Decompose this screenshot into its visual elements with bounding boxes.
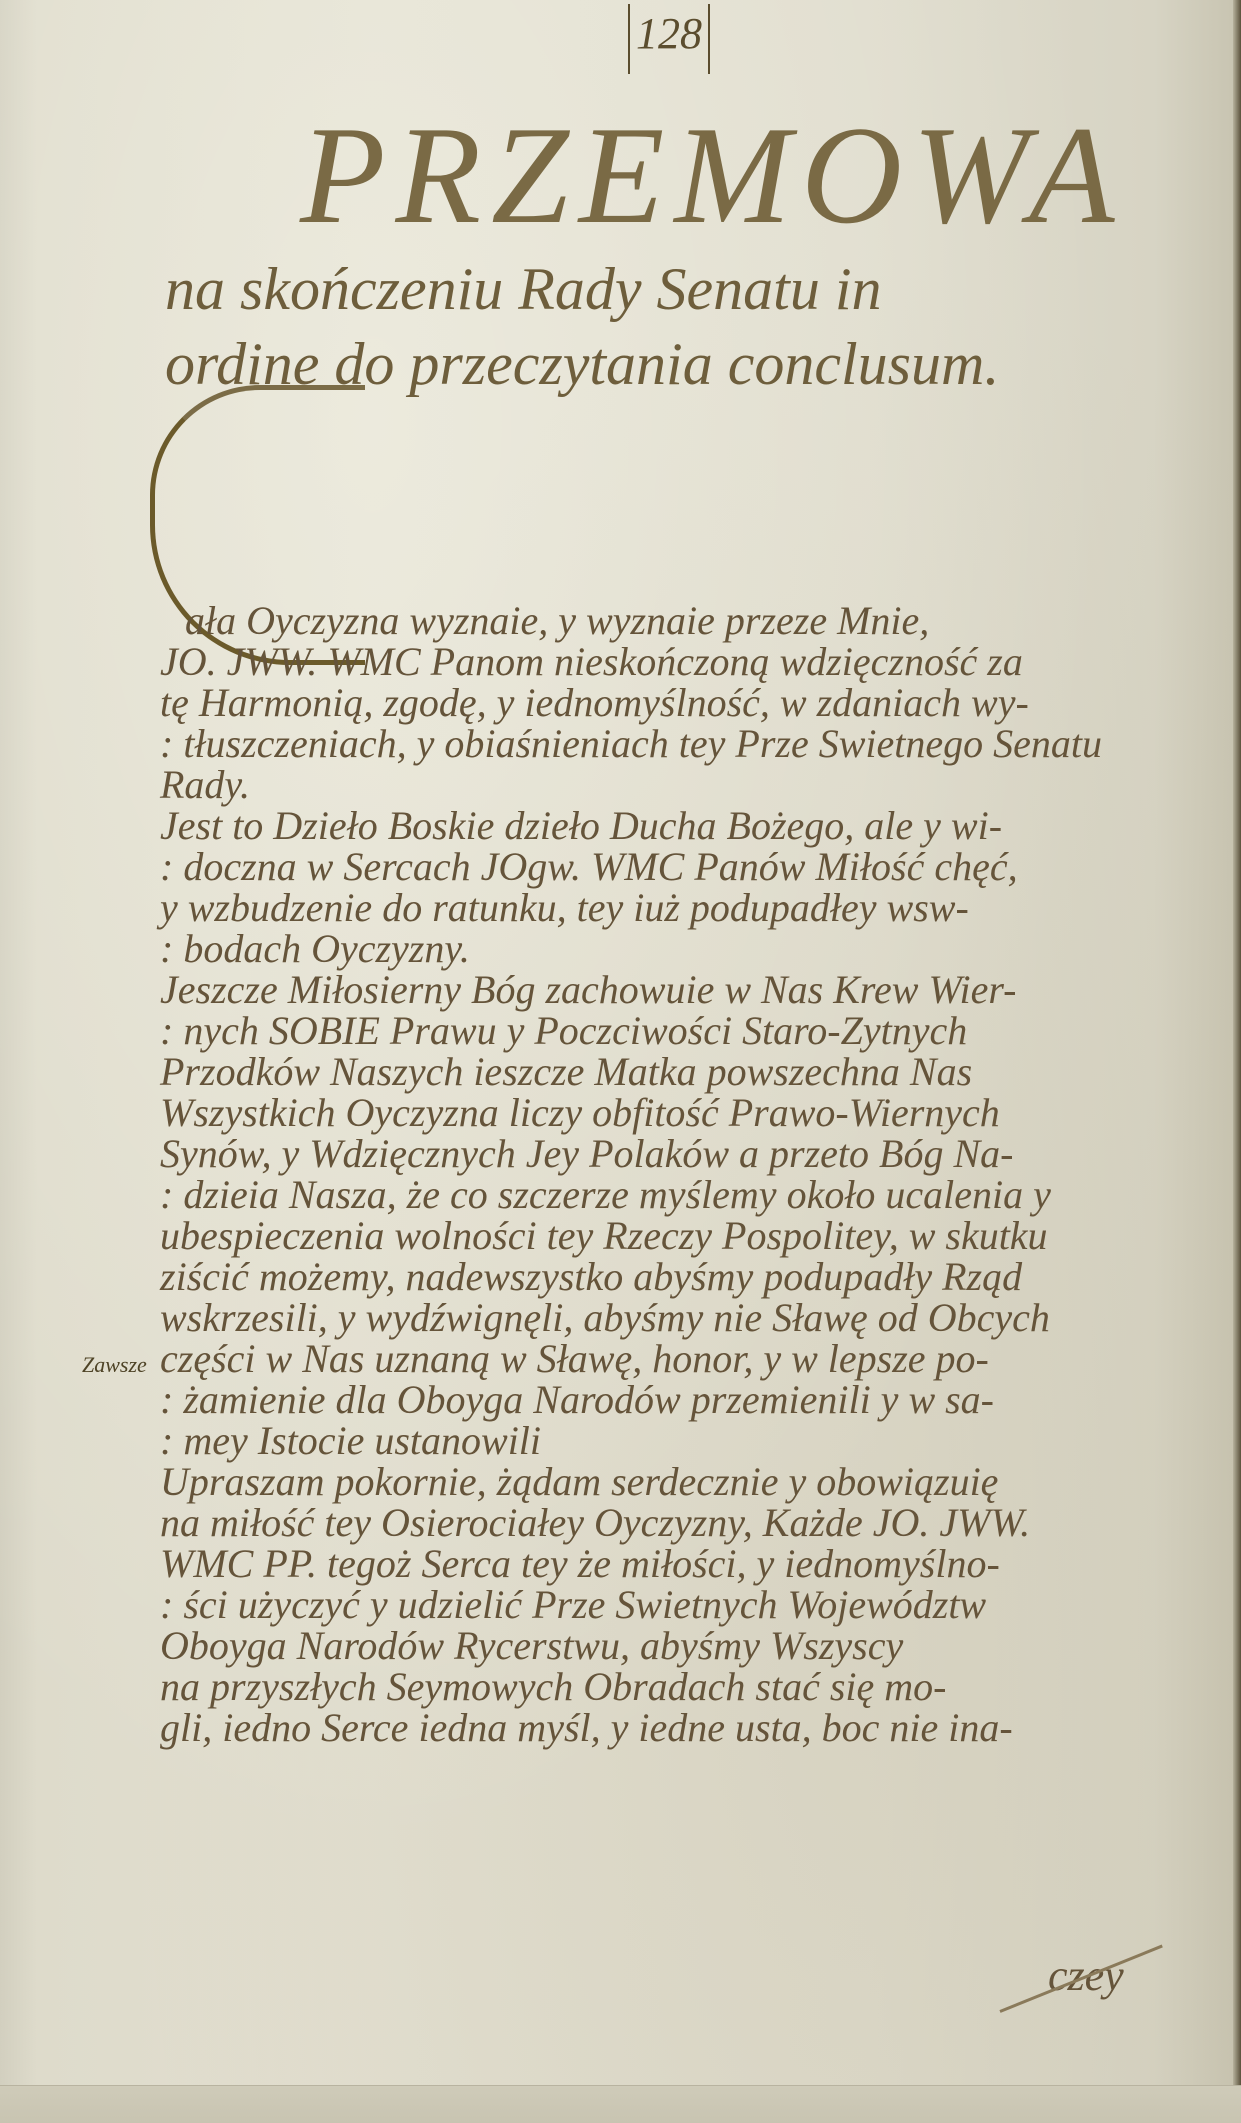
document-title: PRZEMOWA (300, 95, 1125, 256)
body-line: ziścić możemy, nadewszystko abyśmy podup… (160, 1256, 1160, 1297)
body-line: Jest to Dzieło Boskie dzieło Ducha Bożeg… (160, 805, 1160, 846)
body-line: : nych SOBIE Prawu y Poczciwości Staro-Z… (160, 1010, 1160, 1051)
body-line: : dzieia Nasza, że co szczerze myślemy o… (160, 1174, 1160, 1215)
body-line: JO. JWW. WMC Panom nieskończoną wdzięczn… (160, 641, 1160, 682)
body-line: : bodach Oyczyzny. (160, 928, 1160, 969)
body-line: na miłość tey Osierociałey Oyczyzny, Każ… (160, 1502, 1160, 1543)
body-line: Synów, y Wdzięcznych Jey Polaków a przet… (160, 1133, 1160, 1174)
body-line: Oboyga Narodów Rycerstwu, abyśmy Wszyscy (160, 1625, 1160, 1666)
body-line: : ści użyczyć y udzielić Prze Swietnych … (160, 1584, 1160, 1625)
body-line: ubespieczenia wolności tey Rzeczy Pospol… (160, 1215, 1160, 1256)
body-line: : tłuszczeniach, y obiaśnieniach tey Prz… (160, 723, 1160, 764)
body-line: WMC PP. tegoż Serca tey że miłości, y ie… (160, 1543, 1160, 1584)
folio-number: 128 (628, 4, 710, 74)
body-line: : mey Istocie ustanowili (160, 1420, 1160, 1461)
body-line: Upraszam pokornie, żądam serdecznie y ob… (160, 1461, 1160, 1502)
body-line: Jeszcze Miłosierny Bóg zachowuie w Nas K… (160, 969, 1160, 1010)
body-line: Przodków Naszych ieszcze Matka powszechn… (160, 1051, 1160, 1092)
body-line: ała Oyczyzna wyznaie, y wyznaie przeze M… (160, 600, 1160, 641)
body-text: ała Oyczyzna wyznaie, y wyznaie przeze M… (160, 600, 1160, 1748)
subtitle-line-1: na skończeniu Rady Senatu in (165, 255, 882, 324)
page-edge (1233, 0, 1241, 2123)
body-line: gli, iedno Serce iedna myśl, y iedne ust… (160, 1707, 1160, 1748)
margin-note: Zawsze (82, 1352, 147, 1378)
body-line: tę Harmonią, zgodę, y iednomyślność, w z… (160, 682, 1160, 723)
body-line: Wszystkich Oyczyzna liczy obfitość Prawo… (160, 1092, 1160, 1133)
body-line: wskrzesili, y wydźwignęli, abyśmy nie Sł… (160, 1297, 1160, 1338)
body-line: : żamienie dla Oboyga Narodów przemienil… (160, 1379, 1160, 1420)
manuscript-page: 128 PRZEMOWA na skończeniu Rady Senatu i… (0, 0, 1241, 2123)
body-line: y wzbudzenie do ratunku, tey iuż podupad… (160, 887, 1160, 928)
body-line: : doczna w Sercach JOgw. WMC Panów Miłoś… (160, 846, 1160, 887)
body-line: Rady. (160, 764, 1160, 805)
body-line: części w Nas uznaną w Sławę, honor, y w … (160, 1338, 1160, 1379)
body-line: na przyszłych Seymowych Obradach stać si… (160, 1666, 1160, 1707)
underlying-page-edge (0, 2085, 1241, 2123)
